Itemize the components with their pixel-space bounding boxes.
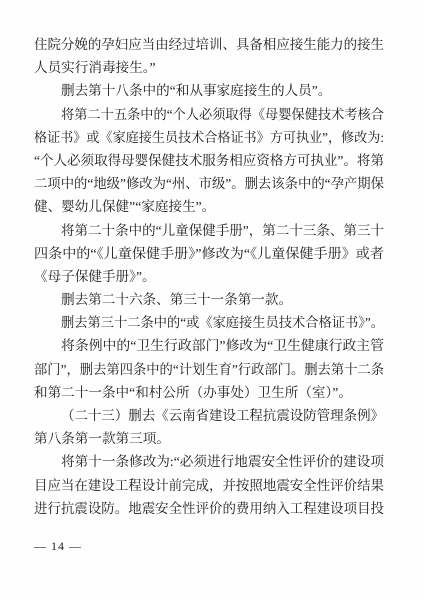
text-line-content: （二十三）删去《云南省建设工程抗震设防管理条例》 <box>61 404 384 427</box>
text-line-content: “个人必须取得母婴保健技术服务相应资格方可执业”。将第 <box>34 149 384 172</box>
text-line-content: 二项中的“地级”修改为“州、市级”。删去该条中的“孕产期保 <box>34 172 384 195</box>
text-line: 第八条第一款第三项。 <box>34 427 384 450</box>
text-line-content: 删去第二十六条、第三十一条第一款。 <box>61 288 292 311</box>
text-line: 人员实行消毒接生。” <box>34 56 384 79</box>
text-line-content: 格证书》或《家庭接生员技术合格证书》方可执业”，修改为: <box>34 126 384 149</box>
document-text-block: 住院分娩的孕妇应当由经过培训、具备相应接生能力的接生人员实行消毒接生。”删去第十… <box>34 33 384 520</box>
text-line-content: 删去第十八条中的“和从事家庭接生的人员”。 <box>61 79 331 102</box>
text-line: 将第二十五条中的“个人必须取得《母婴保健技术考核合 <box>34 103 384 126</box>
text-line: 删去第三十二条中的“或《家庭接生员技术合格证书》”。 <box>34 311 384 334</box>
document-page: 住院分娩的孕妇应当由经过培训、具备相应接生能力的接生人员实行消毒接生。”删去第十… <box>0 0 424 600</box>
text-line: 将第十一条修改为:“必须进行地震安全性评价的建设项 <box>34 450 384 473</box>
text-line: 部门”，删去第四条中的“计划生育”行政部门。删去第十二条 <box>34 358 384 381</box>
text-line: 删去第二十六条、第三十一条第一款。 <box>34 288 384 311</box>
text-line: 四条中的“《儿童保健手册》”修改为“《儿童保健手册》或者 <box>34 242 384 265</box>
text-line: 将条例中的“卫生行政部门”修改为“卫生健康行政主管 <box>34 334 384 357</box>
text-line: （二十三）删去《云南省建设工程抗震设防管理条例》 <box>34 404 384 427</box>
text-line: 格证书》或《家庭接生员技术合格证书》方可执业”，修改为: <box>34 126 384 149</box>
text-line-content: 进行抗震设防。地震安全性评价的费用纳入工程建设项目投 <box>34 497 384 520</box>
text-line: 《母子保健手册》”。 <box>34 265 384 288</box>
text-line: 和第二十一条中“和村公所（办事处）卫生所（室）”。 <box>34 381 384 404</box>
text-line: 二项中的“地级”修改为“州、市级”。删去该条中的“孕产期保 <box>34 172 384 195</box>
text-line: 进行抗震设防。地震安全性评价的费用纳入工程建设项目投 <box>34 497 384 520</box>
text-line: 删去第十八条中的“和从事家庭接生的人员”。 <box>34 79 384 102</box>
text-line-content: 四条中的“《儿童保健手册》”修改为“《儿童保健手册》或者 <box>34 242 384 265</box>
text-line: “个人必须取得母婴保健技术服务相应资格方可执业”。将第 <box>34 149 384 172</box>
text-line-content: 删去第三十二条中的“或《家庭接生员技术合格证书》”。 <box>61 311 384 334</box>
text-line: 住院分娩的孕妇应当由经过培训、具备相应接生能力的接生 <box>34 33 384 56</box>
text-line-content: 将第十一条修改为:“必须进行地震安全性评价的建设项 <box>61 450 384 473</box>
text-line-content: 第八条第一款第三项。 <box>34 427 170 450</box>
text-line-content: 将第二十五条中的“个人必须取得《母婴保健技术考核合 <box>61 103 384 126</box>
text-line-content: 《母子保健手册》”。 <box>34 265 156 288</box>
text-line-content: 人员实行消毒接生。” <box>34 56 156 79</box>
text-line-content: 部门”，删去第四条中的“计划生育”行政部门。删去第十二条 <box>34 358 384 381</box>
text-line-content: 目应当在建设工程设计前完成，并按照地震安全性评价结果 <box>34 474 384 497</box>
text-line: 将第二十条中的“儿童保健手册”，第二十三条、第三十 <box>34 219 384 242</box>
text-line-content: 住院分娩的孕妇应当由经过培训、具备相应接生能力的接生 <box>34 33 384 56</box>
page-number: — 14 — <box>34 538 82 554</box>
text-line-content: 将第二十条中的“儿童保健手册”，第二十三条、第三十 <box>61 219 384 242</box>
text-line: 健、婴幼儿保健”“家庭接生”。 <box>34 195 384 218</box>
text-line: 目应当在建设工程设计前完成，并按照地震安全性评价结果 <box>34 474 384 497</box>
text-line-content: 健、婴幼儿保健”“家庭接生”。 <box>34 195 215 218</box>
text-line-content: 和第二十一条中“和村公所（办事处）卫生所（室）”。 <box>34 381 352 404</box>
text-line-content: 将条例中的“卫生行政部门”修改为“卫生健康行政主管 <box>61 334 384 357</box>
